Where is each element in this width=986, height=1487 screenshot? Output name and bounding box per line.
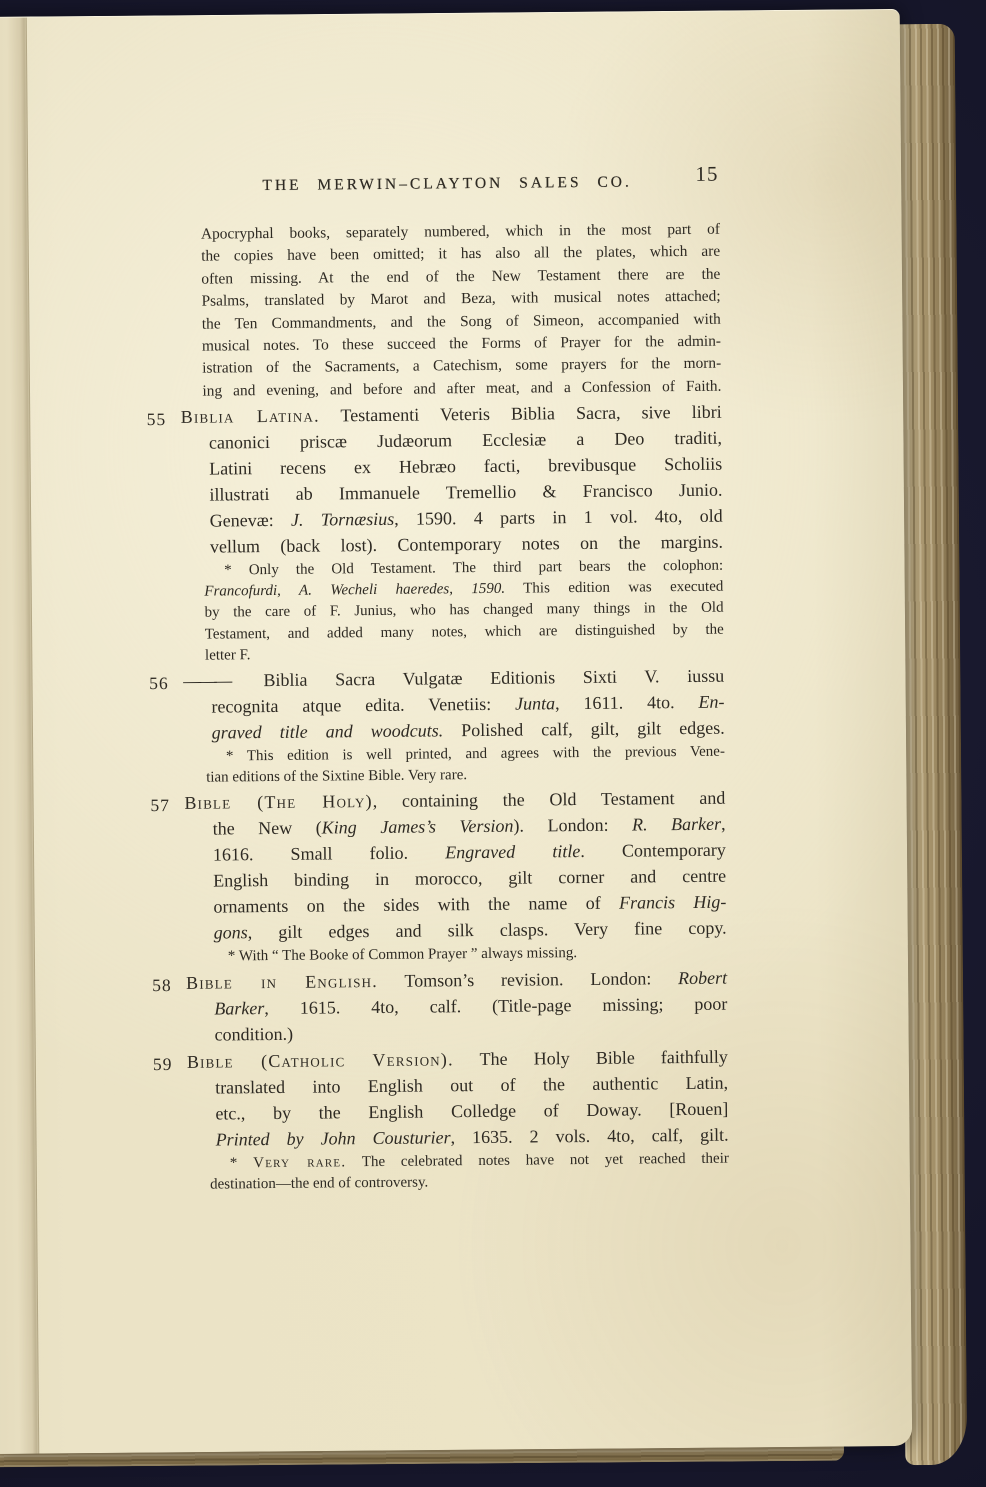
text-run: Testament, and added many notes, which a… xyxy=(205,621,724,642)
text-run: Francofurdi, A. Wecheli haeredes, 1590. xyxy=(204,581,505,600)
text-run: tian editions of the Sixtine Bible. Very… xyxy=(206,767,467,786)
text-run: , 1590. 4 parts in 1 vol. 4to, old xyxy=(394,506,723,529)
text-run: Polished calf, gilt, gilt edges. xyxy=(443,718,725,741)
entry-line: gons, gilt edges and silk clasps. Very f… xyxy=(214,915,727,946)
text-run: often missing. At the end of the New Tes… xyxy=(201,265,720,287)
lot-number: 59 xyxy=(153,1050,185,1076)
text-run: illustrati ab Immanuele Tremellio & Fran… xyxy=(209,480,722,505)
text-run: * Only the Old Testament. The third part… xyxy=(224,558,723,579)
text-run: J. Tornæsius xyxy=(291,509,394,530)
text-run: translated into English out of the authe… xyxy=(215,1072,728,1097)
text-run: 1616. Small folio. xyxy=(213,843,446,865)
text-run: Barker xyxy=(214,998,264,1018)
text-run: , 1611. 4to. xyxy=(555,692,699,713)
text-run: Bible in English. xyxy=(186,971,378,993)
entry-note-55: * Only the Old Testament. The third part… xyxy=(204,556,724,667)
text-run: The Holy Bible faithfully xyxy=(454,1046,728,1069)
text-run: , containing the Old Testament and xyxy=(373,788,726,811)
text-run: istration of the Sacraments, a Catechism… xyxy=(202,355,721,377)
text-run: the New ( xyxy=(213,818,322,839)
text-run: etc., by the English Colledge of Doway. … xyxy=(215,1098,728,1123)
text-run: The celebrated notes have not yet reache… xyxy=(346,1150,729,1170)
text-run: condition.) xyxy=(215,1023,294,1044)
entry-note-59: * Very rare. The celebrated notes have n… xyxy=(210,1148,729,1195)
catalog-entries: 55Biblia Latina. Testamenti Veteris Bibl… xyxy=(203,398,730,1197)
text-run: Very rare. xyxy=(253,1154,346,1171)
text-run: Robert xyxy=(678,967,727,987)
text-run: Genevæ: xyxy=(210,510,292,531)
entry-line: Barker, 1615. 4to, calf. (Title-page mis… xyxy=(214,990,727,1021)
text-run: recognita atque edita. Venetiis: xyxy=(211,694,515,717)
text-run: the copies have been omitted; it has als… xyxy=(201,243,720,265)
page-content: THE MERWIN–CLAYTON SALES CO. 15 Apocryph… xyxy=(0,0,986,1487)
text-run: Printed by John Cousturier xyxy=(216,1127,451,1149)
text-run: ing and evening, and before and after me… xyxy=(202,378,721,400)
text-run: gons xyxy=(214,923,248,943)
catalog-entry-58: 58Bible in English. Tomson’s revision. L… xyxy=(214,964,728,1047)
text-run: destination—the end of controversy. xyxy=(210,1174,428,1192)
text-run: , 1635. 2 vols. 4to, calf, gilt. xyxy=(451,1124,729,1147)
text-run: , 1615. 4to, calf. (Title-page missing; … xyxy=(264,993,727,1017)
text-run: , xyxy=(721,814,726,834)
text-run: Tomson’s revision. London: xyxy=(378,968,678,991)
catalog-entry-57: 57Bible (The Holy), containing the Old T… xyxy=(212,785,726,946)
text-run: Latini recens ex Hebræo facti, brevibusq… xyxy=(209,454,722,479)
lot-number: 58 xyxy=(152,971,184,997)
text-run: graved title and woodcuts. xyxy=(212,720,444,742)
text-run: Psalms, translated by Marot and Beza, wi… xyxy=(202,288,721,310)
text-run: English binding in morocco, gilt corner … xyxy=(213,866,726,891)
text-run: ornaments on the sides with the name of xyxy=(213,893,619,917)
text-run: vellum (back lost). Contemporary notes o… xyxy=(210,532,723,557)
text-run: canonici priscæ Judæorum Ecclesiæ a Deo … xyxy=(209,428,722,453)
text-run: by the care of F. Junius, who has change… xyxy=(204,600,723,621)
intro-paragraph: Apocryphal books, separately numbered, w… xyxy=(201,219,722,403)
catalog-entry-55: 55Biblia Latina. Testamenti Veteris Bibl… xyxy=(209,399,723,560)
text-run: Francis Hig- xyxy=(619,892,727,913)
text-run: Bible (The Holy) xyxy=(184,791,373,813)
lot-number: 55 xyxy=(147,406,179,432)
text-run: Junta xyxy=(515,693,555,713)
text-run: En- xyxy=(698,692,724,712)
text-run: ). London: xyxy=(513,815,632,836)
running-header: THE MERWIN–CLAYTON SALES CO. xyxy=(262,174,632,196)
text-run: King James’s Version xyxy=(322,816,514,838)
text-run: * xyxy=(230,1155,253,1171)
text-run: musical notes. To these succeed the Form… xyxy=(202,333,721,355)
ditto-rule: ——— xyxy=(183,670,236,691)
scanned-book-photo: THE MERWIN–CLAYTON SALES CO. 15 Apocryph… xyxy=(0,0,986,1487)
page-number: 15 xyxy=(695,162,718,187)
lot-number: 56 xyxy=(149,670,181,696)
text-run: Apocryphal books, separately numbered, w… xyxy=(201,221,720,243)
entry-line: vellum (back lost). Contemporary notes o… xyxy=(210,529,723,560)
entry-note-56: * This edition is well printed, and agre… xyxy=(206,742,725,789)
text-run: Engraved title xyxy=(445,841,580,862)
note-line: destination—the end of controversy. xyxy=(210,1169,729,1195)
entry-line: condition.) xyxy=(214,1016,727,1047)
catalog-entry-59: 59Bible (Catholic Version). The Holy Bib… xyxy=(215,1043,729,1152)
entry-line: Printed by John Cousturier, 1635. 2 vols… xyxy=(216,1121,729,1152)
text-run: , gilt edges and silk clasps. Very fine … xyxy=(248,918,727,943)
text-run: Testamenti Veteris Biblia Sacra, sive li… xyxy=(320,402,722,426)
text-run: . Contemporary xyxy=(580,840,726,861)
text-run: the Ten Commandments, and the Song of Si… xyxy=(202,310,721,332)
text-run: Biblia Latina. xyxy=(181,406,320,427)
text-run: This edition was executed xyxy=(505,579,723,597)
lot-number: 57 xyxy=(150,792,182,818)
catalog-entry-56: 56——— Biblia Sacra Vulgatæ Editionis Six… xyxy=(211,663,725,746)
text-run: Biblia Sacra Vulgatæ Editionis Sixti V. … xyxy=(236,666,725,691)
entry-line: graved title and woodcuts. Polished calf… xyxy=(212,715,725,746)
text-run: letter F. xyxy=(205,647,251,663)
text-run: R. Barker xyxy=(632,814,721,835)
text-run: * This edition is well printed, and agre… xyxy=(226,744,725,765)
text-run: Bible (Catholic Version). xyxy=(187,1049,454,1072)
text-run: * With “ The Booke of Common Prayer ” al… xyxy=(228,945,577,964)
